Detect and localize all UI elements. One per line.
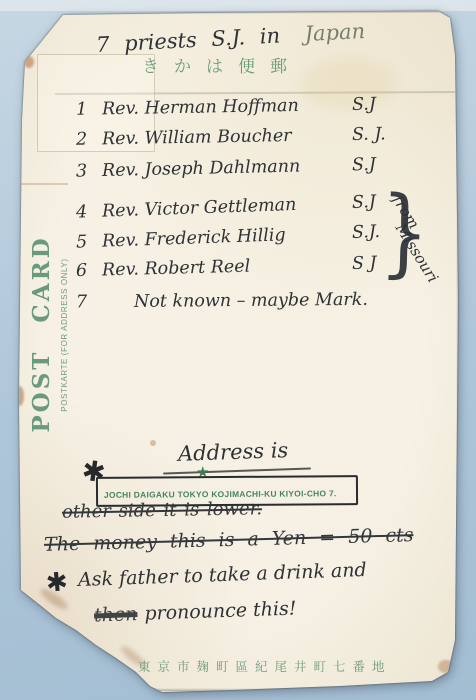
priest-name: Not known – maybe Mark. — [102, 290, 368, 312]
order-suffix — [368, 289, 412, 309]
card-bottom-edge — [150, 688, 456, 691]
priest-list-row: 2 Rev. William Boucher S. J. — [76, 124, 396, 150]
card-top-edge — [24, 9, 458, 15]
priest-list-row: 1 Rev. Herman Hoffman S.J — [76, 94, 396, 120]
underline-stroke — [163, 467, 311, 474]
stain — [24, 56, 34, 68]
priest-list-row: 5 Rev. Frederick Hillig S.J. — [76, 221, 397, 252]
note-line: Ask father to take a drink and — [78, 559, 367, 591]
row-number: 1 — [76, 99, 102, 119]
priest-list-row: 7 Not known – maybe Mark. — [76, 290, 396, 313]
stain — [150, 440, 156, 446]
postcard: 7 priests S.J. in Japan きかは便郵 1 Rev. Her… — [0, 0, 476, 700]
row-number: 6 — [76, 261, 103, 282]
crease-line — [20, 183, 68, 185]
priest-list-row: 6 Rev. Robert Reel S J — [76, 253, 396, 281]
card-right-edge — [456, 14, 459, 678]
postkarte-print: POSTKARTE (FOR ADDRESS ONLY) — [60, 220, 72, 450]
scan-background: 7 priests S.J. in Japan きかは便郵 1 Rev. Her… — [0, 0, 476, 700]
note-text: pronounce this! — [144, 597, 297, 624]
priest-name: Rev. Herman Hoffman — [102, 95, 352, 119]
priest-name: Rev. Victor Gettleman — [102, 193, 353, 222]
priest-name: Rev. Frederick Hillig — [102, 223, 353, 252]
struck-through-line: other side it is lower. — [62, 498, 262, 522]
row-number: 4 — [76, 202, 103, 223]
order-suffix: S.J — [352, 154, 396, 175]
priest-name: Rev. Robert Reel — [102, 254, 352, 281]
priest-list-row: 3 Rev. Joseph Dahlmann S.J — [76, 154, 396, 181]
priest-list-row: 4 Rev. Victor Gettleman S.J — [76, 191, 397, 222]
priest-name: Rev. William Boucher — [102, 125, 352, 149]
row-number: 7 — [76, 292, 102, 312]
address-label: Address is — [178, 438, 289, 466]
stain — [15, 386, 24, 406]
stain — [438, 660, 454, 673]
title-country: Japan — [304, 19, 366, 46]
order-suffix: S. J. — [352, 124, 396, 145]
note-line: thenpronounce this! — [94, 597, 297, 626]
row-number: 3 — [76, 161, 102, 182]
japanese-address-print: 東京市麹町區紀尾井町七番地 — [138, 657, 392, 675]
priest-name: Rev. Joseph Dahlmann — [102, 155, 352, 181]
struck-through-line: The money this is a Yen = 50 cts — [44, 524, 414, 556]
asterisk-mark: ✱ — [45, 567, 69, 599]
scribbled-word: then — [94, 603, 138, 626]
row-number: 5 — [76, 232, 103, 253]
post-card-print: POST CARD — [28, 214, 62, 454]
postcard-surface: 7 priests S.J. in Japan きかは便郵 1 Rev. Her… — [0, 0, 476, 700]
order-suffix: S.J — [352, 94, 396, 115]
row-number: 2 — [76, 129, 102, 149]
japanese-postcard-print: きかは便郵 — [142, 52, 302, 77]
